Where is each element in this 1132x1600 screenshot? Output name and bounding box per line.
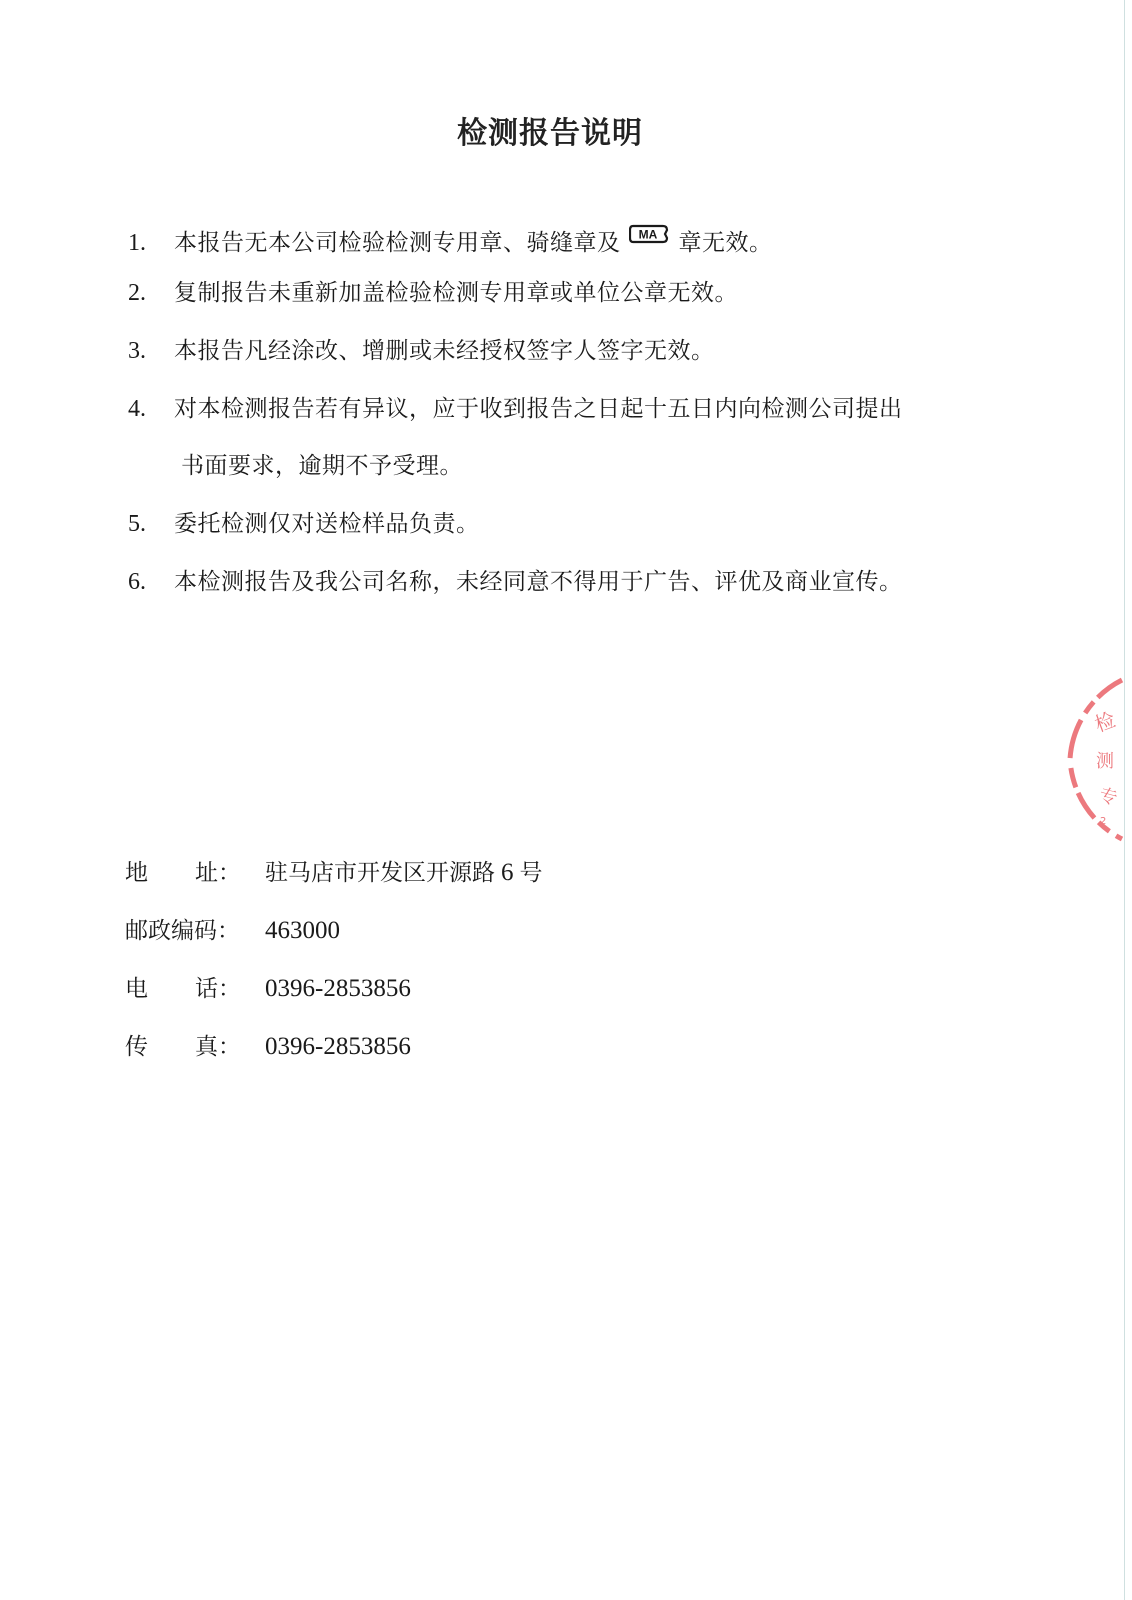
postal-code-label: 邮政编码： [125, 916, 265, 946]
contact-address: 地址：驻马店市开发区开源路6号 [125, 858, 543, 888]
phone-label: 电话： [125, 974, 241, 1004]
fax-label: 传真： [125, 1032, 241, 1062]
note-item-3: 3.本报告凡经涂改、增删或未经授权签字人签字无效。 [128, 336, 715, 366]
svg-text:检: 检 [1092, 707, 1119, 736]
note-text: 本检测报告及我公司名称，未经同意不得用于广告、评优及商业宣传。 [174, 569, 903, 595]
note-number: 6. [128, 567, 174, 597]
note-item-4-continuation: 书面要求，逾期不予受理。 [181, 451, 463, 481]
contact-phone: 电话：0396-2853856 [125, 974, 411, 1004]
address-label: 地址： [125, 858, 241, 888]
note-text: 本报告凡经涂改、增删或未经授权签字人签字无效。 [174, 338, 715, 364]
note-number: 4. [128, 394, 174, 424]
address-number: 6 [501, 859, 514, 886]
note-item-5: 5.委托检测仅对送检样品负责。 [128, 509, 480, 539]
note-text-suffix: 章无效。 [679, 230, 773, 256]
note-number: 1. [128, 228, 174, 258]
svg-text:2: 2 [1100, 816, 1106, 827]
address-value: 驻马店市开发区开源路 [265, 860, 495, 886]
note-text: 复制报告未重新加盖检验检测专用章或单位公章无效。 [174, 280, 738, 306]
contact-postal-code: 邮政编码：463000 [125, 916, 340, 946]
page-title: 检测报告说明 [0, 108, 1100, 152]
note-item-4: 4.对本检测报告若有异议，应于收到报告之日起十五日内向检测公司提出 [128, 394, 903, 424]
note-number: 3. [128, 336, 174, 366]
contact-fax: 传真：0396-2853856 [125, 1032, 411, 1062]
svg-text:MA: MA [638, 228, 657, 242]
note-text: 对本检测报告若有异议，应于收到报告之日起十五日内向检测公司提出 [174, 396, 903, 422]
postal-code-value: 463000 [265, 917, 340, 944]
note-number: 2. [128, 278, 174, 308]
note-number: 5. [128, 509, 174, 539]
svg-text:测: 测 [1096, 751, 1114, 772]
svg-text:专: 专 [1097, 785, 1120, 810]
fax-value: 0396-2853856 [265, 1033, 411, 1060]
note-text: 委托检测仅对送检样品负责。 [174, 511, 480, 537]
seal-stamp-icon: 检 测 专 2 [1062, 672, 1124, 847]
cma-mark-icon: MA [629, 222, 669, 252]
phone-value: 0396-2853856 [265, 975, 411, 1002]
note-item-6: 6.本检测报告及我公司名称，未经同意不得用于广告、评优及商业宣传。 [128, 567, 903, 597]
page-edge-line [1124, 0, 1125, 1600]
note-item-2: 2.复制报告未重新加盖检验检测专用章或单位公章无效。 [128, 278, 738, 308]
note-item-1: 1.本报告无本公司检验检测专用章、骑缝章及MA章无效。 [128, 222, 773, 258]
address-suffix: 号 [520, 860, 543, 886]
note-text: 本报告无本公司检验检测专用章、骑缝章及 [174, 230, 621, 256]
